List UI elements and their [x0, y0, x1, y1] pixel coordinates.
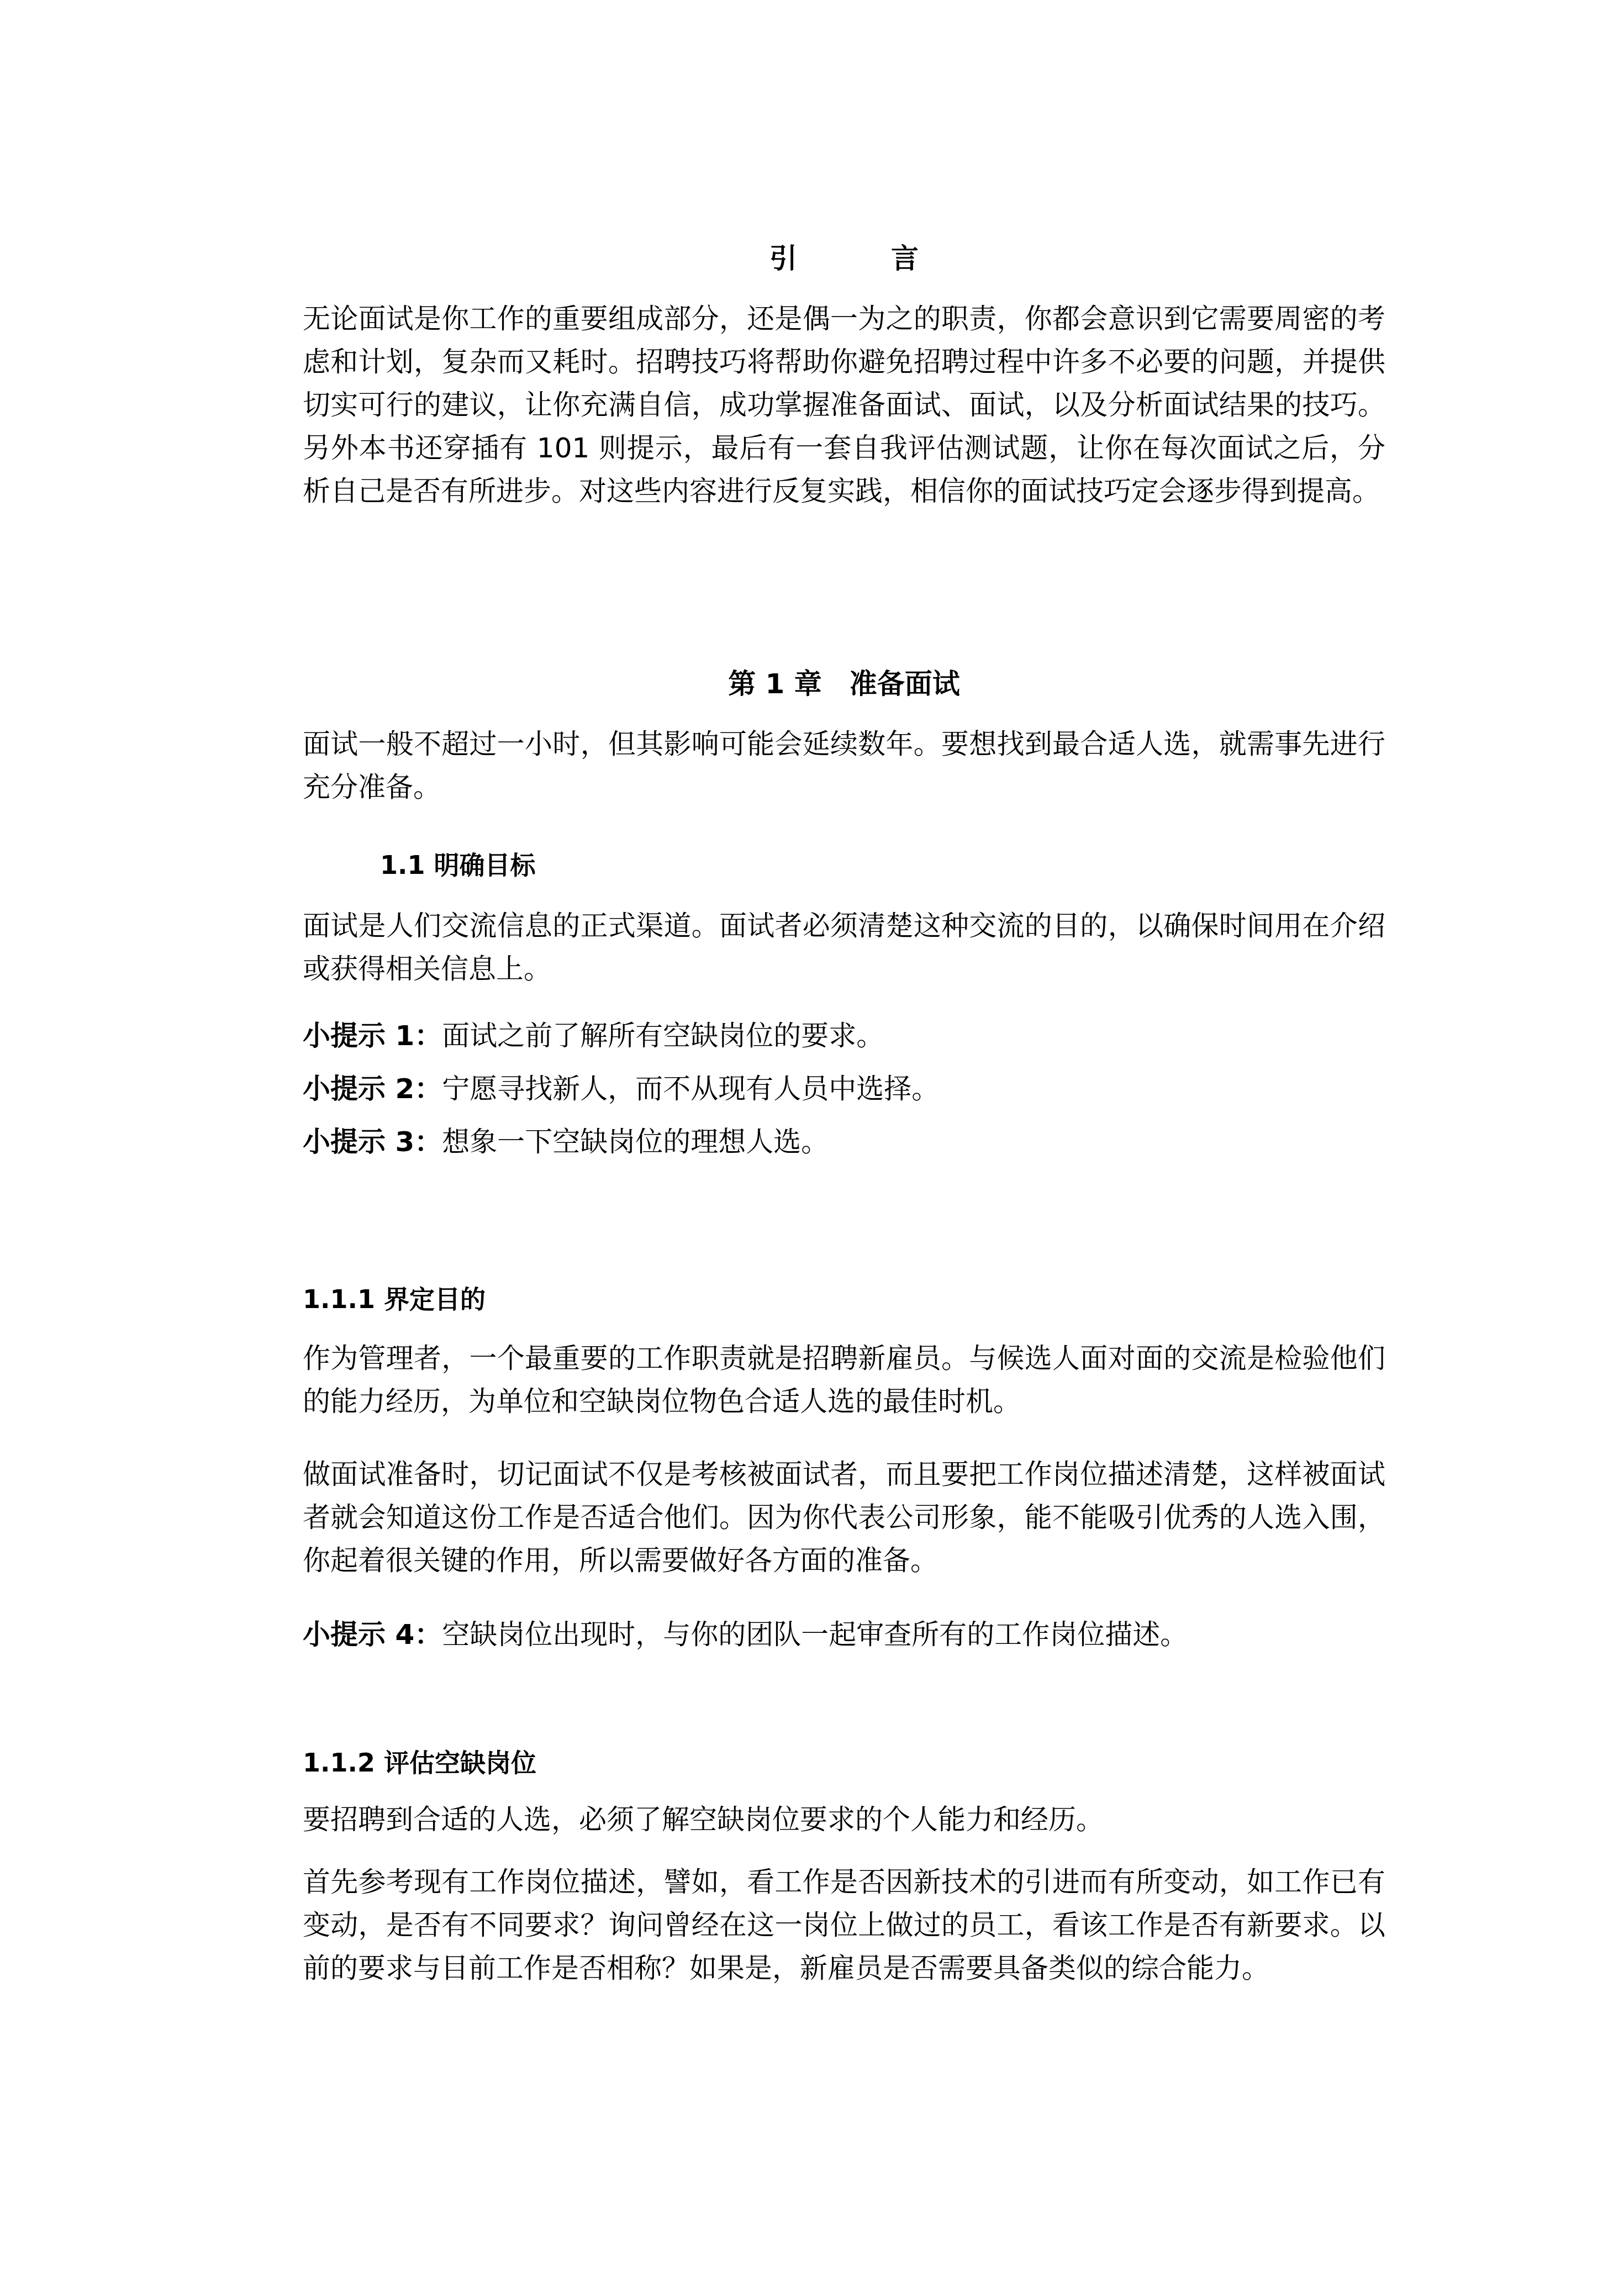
section-1-1-1-paragraph-2: 做面试准备时，切记面试不仅是考核被面试者，而且要把工作岗位描述清楚，这样被面试者…	[303, 1453, 1385, 1582]
tip-text: 空缺岗位出现时，与你的团队一起审查所有的工作岗位描述。	[442, 1619, 1188, 1651]
intro-title: 引 言	[303, 236, 1385, 276]
tip-label: 小提示 2：	[303, 1073, 442, 1105]
section-1-1-2-paragraph-2: 首先参考现有工作岗位描述，譬如，看工作是否因新技术的引进而有所变动，如工作已有变…	[303, 1860, 1385, 1990]
section-heading-1-1: 1.1 明确目标	[303, 845, 1463, 882]
chapter-title: 第 1 章 准备面试	[303, 662, 1385, 702]
tip-2: 小提示 2：宁愿寻找新人，而不从现有人员中选择。	[303, 1067, 1385, 1110]
tip-text: 宁愿寻找新人，而不从现有人员中选择。	[442, 1073, 939, 1105]
chapter-intro-paragraph: 面试一般不超过一小时，但其影响可能会延续数年。要想找到最合适人选，就需事先进行充…	[303, 723, 1385, 809]
section-1-1-2-paragraph-1: 要招聘到合适的人选，必须了解空缺岗位要求的个人能力和经历。	[303, 1798, 1385, 1841]
tip-3: 小提示 3：想象一下空缺岗位的理想人选。	[303, 1120, 1385, 1163]
tip-label: 小提示 3：	[303, 1126, 442, 1158]
intro-paragraph: 无论面试是你工作的重要组成部分，还是偶一为之的职责，你都会意识到它需要周密的考虑…	[303, 297, 1385, 513]
tip-1: 小提示 1：面试之前了解所有空缺岗位的要求。	[303, 1014, 1385, 1057]
section-1-1-paragraph: 面试是人们交流信息的正式渠道。面试者必须清楚这种交流的目的，以确保时间用在介绍或…	[303, 904, 1385, 990]
section-1-1-1-paragraph-1: 作为管理者，一个最重要的工作职责就是招聘新雇员。与候选人面对面的交流是检验他们的…	[303, 1337, 1385, 1423]
section-heading-1-1-2: 1.1.2 评估空缺岗位	[303, 1743, 1385, 1779]
tip-label: 小提示 4：	[303, 1619, 442, 1651]
section-heading-1-1-1: 1.1.1 界定目的	[303, 1279, 1385, 1316]
tip-text: 面试之前了解所有空缺岗位的要求。	[442, 1020, 884, 1052]
tip-text: 想象一下空缺岗位的理想人选。	[442, 1126, 829, 1158]
tip-label: 小提示 1：	[303, 1020, 442, 1052]
tip-4: 小提示 4：空缺岗位出现时，与你的团队一起审查所有的工作岗位描述。	[303, 1613, 1385, 1656]
